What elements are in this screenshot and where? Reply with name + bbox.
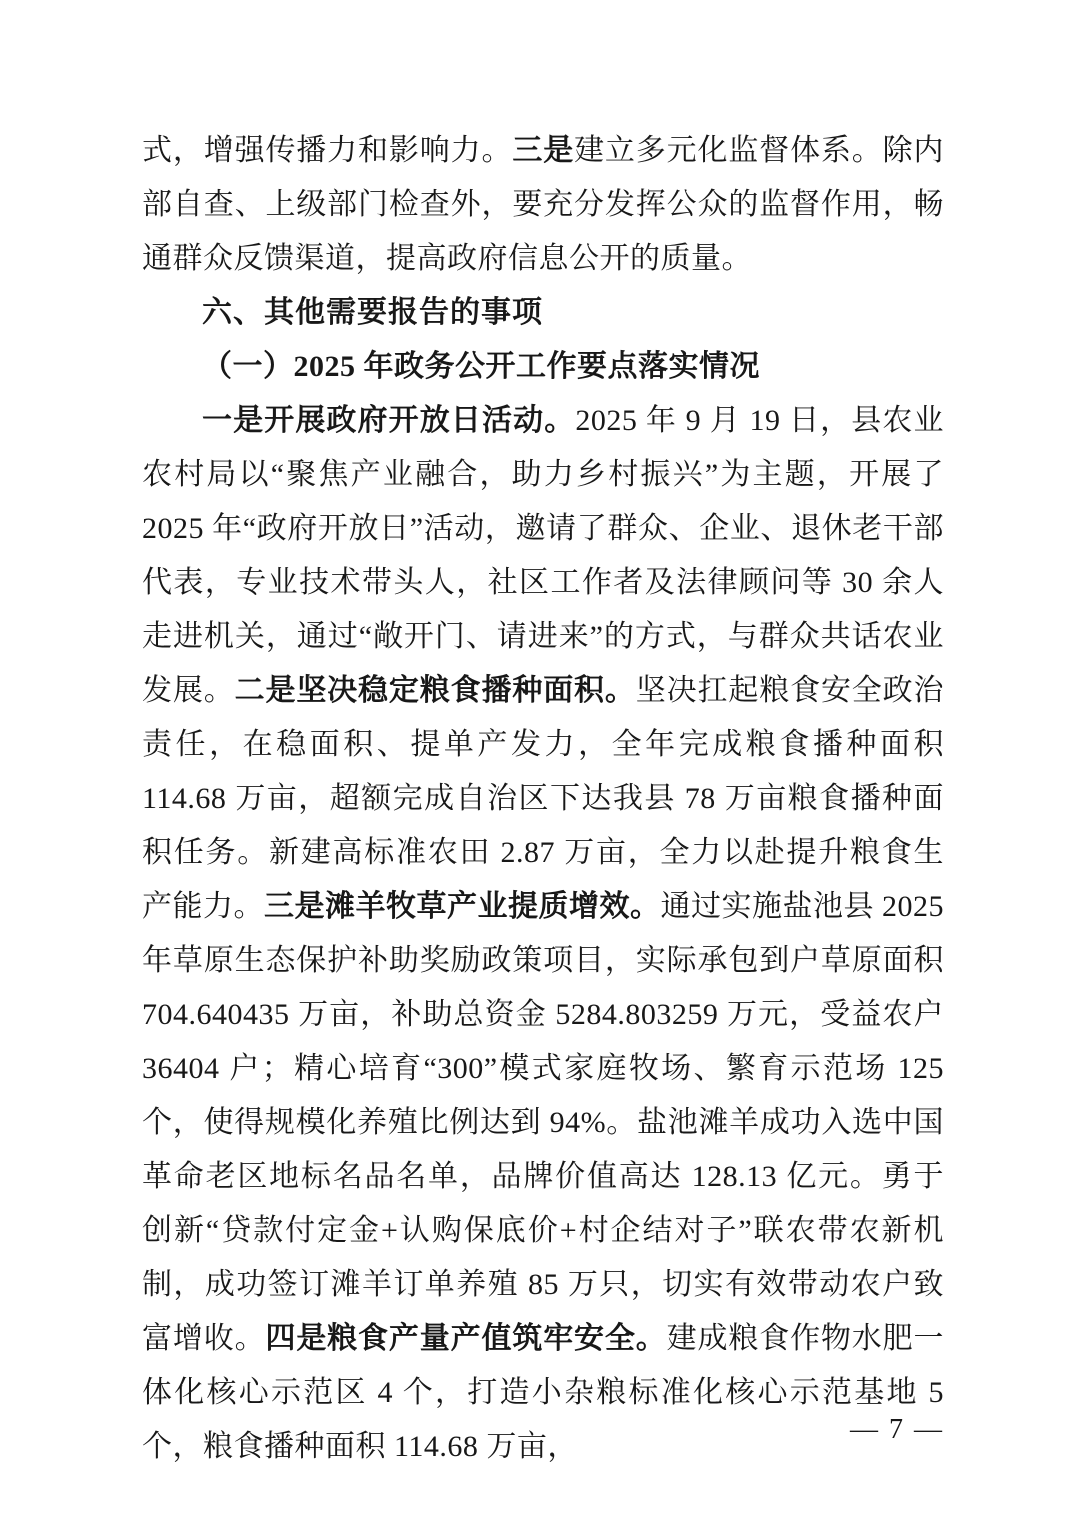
- continued-paragraph: 式，增强传播力和影响力。三是建立多元化监督体系。除内部自查、上级部门检查外，要充…: [142, 124, 944, 286]
- emphasis-run: （一）2025 年政务公开工作要点落实情况: [202, 350, 760, 383]
- emphasis-run: 三是滩羊牧草产业提质增效。: [264, 890, 661, 923]
- emphasis-run: 一是开展政府开放日活动。: [202, 404, 575, 437]
- text-run: 式，增强传播力和影响力。: [142, 134, 512, 167]
- document-page: 式，增强传播力和影响力。三是建立多元化监督体系。除内部自查、上级部门检查外，要充…: [0, 0, 1074, 1520]
- text-run: 通过实施盐池县 2025 年草原生态保护补助奖励政策项目，实际承包到户草原面积 …: [142, 890, 944, 1355]
- page-number: — 7 —: [850, 1416, 944, 1444]
- emphasis-run: 三是: [512, 134, 574, 167]
- text-run: 坚决扛起粮食安全政治责任，在稳面积、提单产发力，全年完成粮食播种面积 114.6…: [142, 674, 944, 923]
- document-body: 式，增强传播力和影响力。三是建立多元化监督体系。除内部自查、上级部门检查外，要充…: [142, 124, 944, 1474]
- emphasis-run: 二是坚决稳定粮食播种面积。: [235, 674, 636, 707]
- text-run: 2025 年 9 月 19 日，县农业农村局以“聚焦产业融合，助力乡村振兴”为主…: [142, 404, 944, 707]
- body-paragraph: 一是开展政府开放日活动。2025 年 9 月 19 日，县农业农村局以“聚焦产业…: [142, 394, 944, 1474]
- subsection-heading: （一）2025 年政务公开工作要点落实情况: [142, 340, 944, 394]
- emphasis-run: 四是粮食产量产值筑牢安全。: [265, 1322, 666, 1355]
- emphasis-run: 六、其他需要报告的事项: [202, 296, 543, 329]
- section-heading: 六、其他需要报告的事项: [142, 286, 944, 340]
